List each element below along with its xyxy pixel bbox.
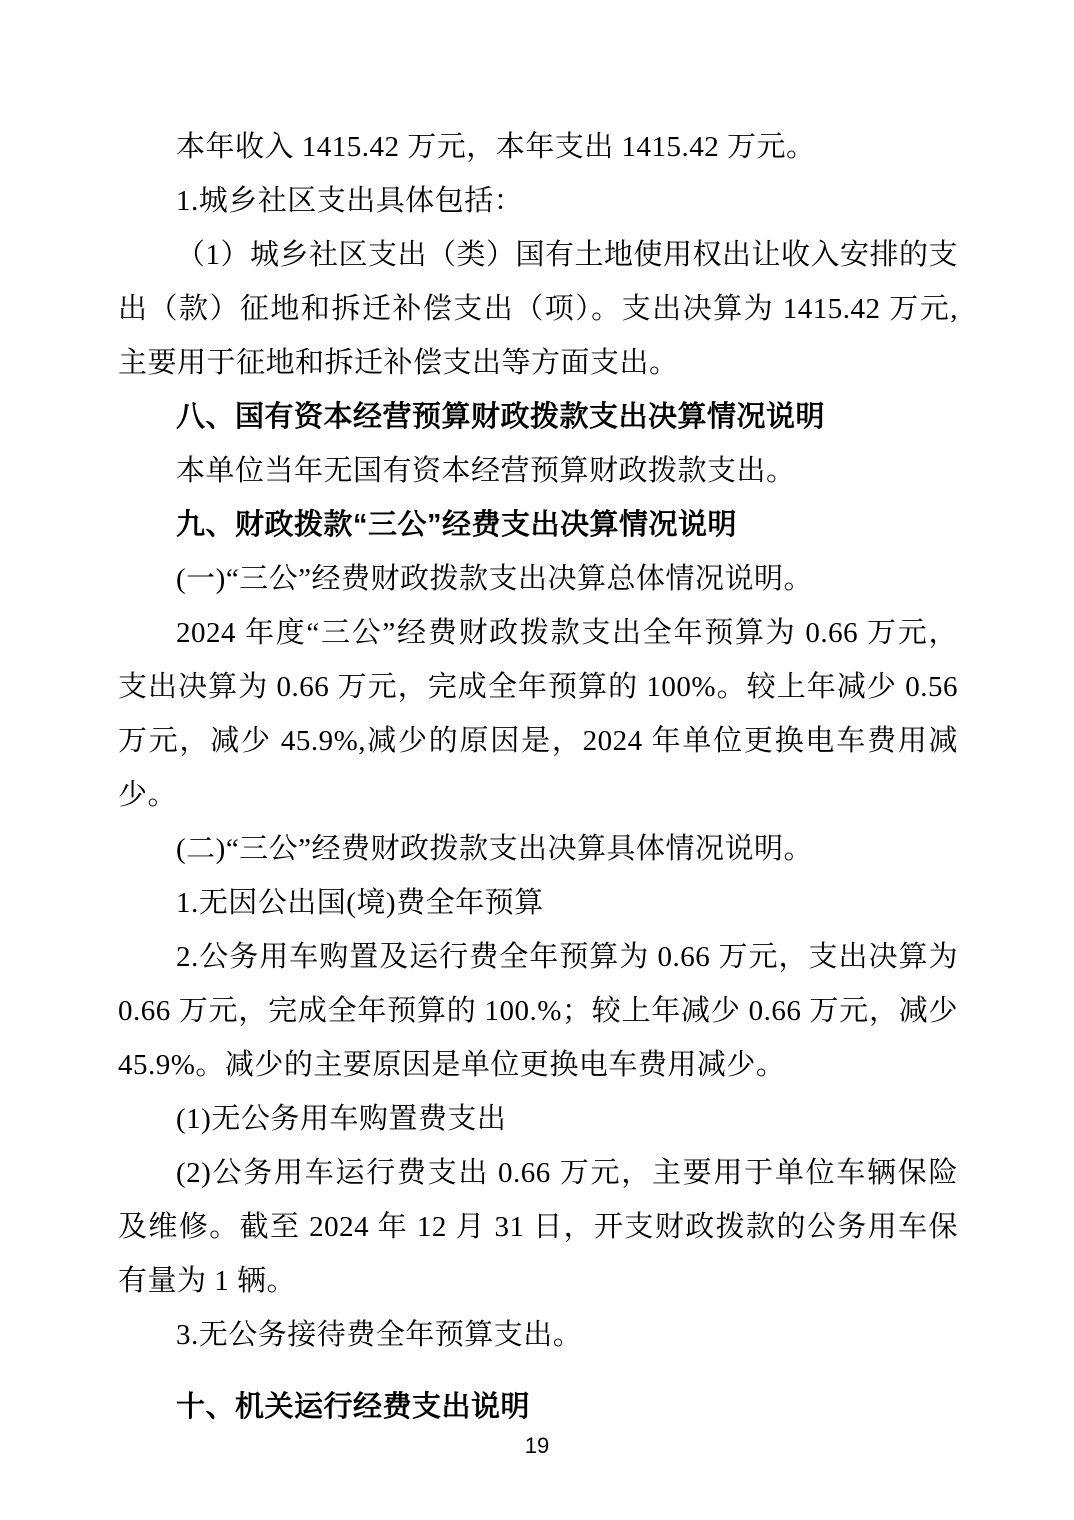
- para-official-vehicle-budget: 2.公务用车购置及运行费全年预算为 0.66 万元，支出决算为 0.66 万元，…: [118, 930, 958, 1092]
- para-vehicle-operation-expense: (2)公务用车运行费支出 0.66 万元，主要用于单位车辆保险及维修。截至 20…: [118, 1146, 958, 1308]
- para-three-public-specific-title: (二)“三公”经费财政拨款支出决算具体情况说明。: [118, 822, 958, 876]
- document-page: 本年收入 1415.42 万元，本年支出 1415.42 万元。 1.城乡社区支…: [0, 0, 1074, 1520]
- para-three-public-overview-title: (一)“三公”经费财政拨款支出决算总体情况说明。: [118, 552, 958, 606]
- heading-section-nine-three-public: 九、财政拨款“三公”经费支出决算情况说明: [118, 498, 958, 552]
- para-no-reception-expense: 3.无公务接待费全年预算支出。: [118, 1308, 958, 1362]
- para-urban-community-detail: （1）城乡社区支出（类）国有土地使用权出让收入安排的支出（款）征地和拆迁补偿支出…: [118, 228, 958, 390]
- heading-section-ten-operating-expense: 十、机关运行经费支出说明: [118, 1380, 958, 1434]
- heading-section-eight-state-capital: 八、国有资本经营预算财政拨款支出决算情况说明: [118, 390, 958, 444]
- para-no-vehicle-purchase: (1)无公务用车购置费支出: [118, 1092, 958, 1146]
- para-no-state-capital-expense: 本单位当年无国有资本经营预算财政拨款支出。: [118, 444, 958, 498]
- para-urban-community-intro: 1.城乡社区支出具体包括：: [118, 174, 958, 228]
- para-three-public-budget-detail: 2024 年度“三公”经费财政拨款支出全年预算为 0.66 万元，支出决算为 0…: [118, 606, 958, 822]
- page-number: 19: [0, 1433, 1074, 1459]
- para-no-overseas-trip-budget: 1.无因公出国(境)费全年预算: [118, 876, 958, 930]
- document-body: 本年收入 1415.42 万元，本年支出 1415.42 万元。 1.城乡社区支…: [118, 120, 958, 1434]
- para-annual-income-expense: 本年收入 1415.42 万元，本年支出 1415.42 万元。: [118, 120, 958, 174]
